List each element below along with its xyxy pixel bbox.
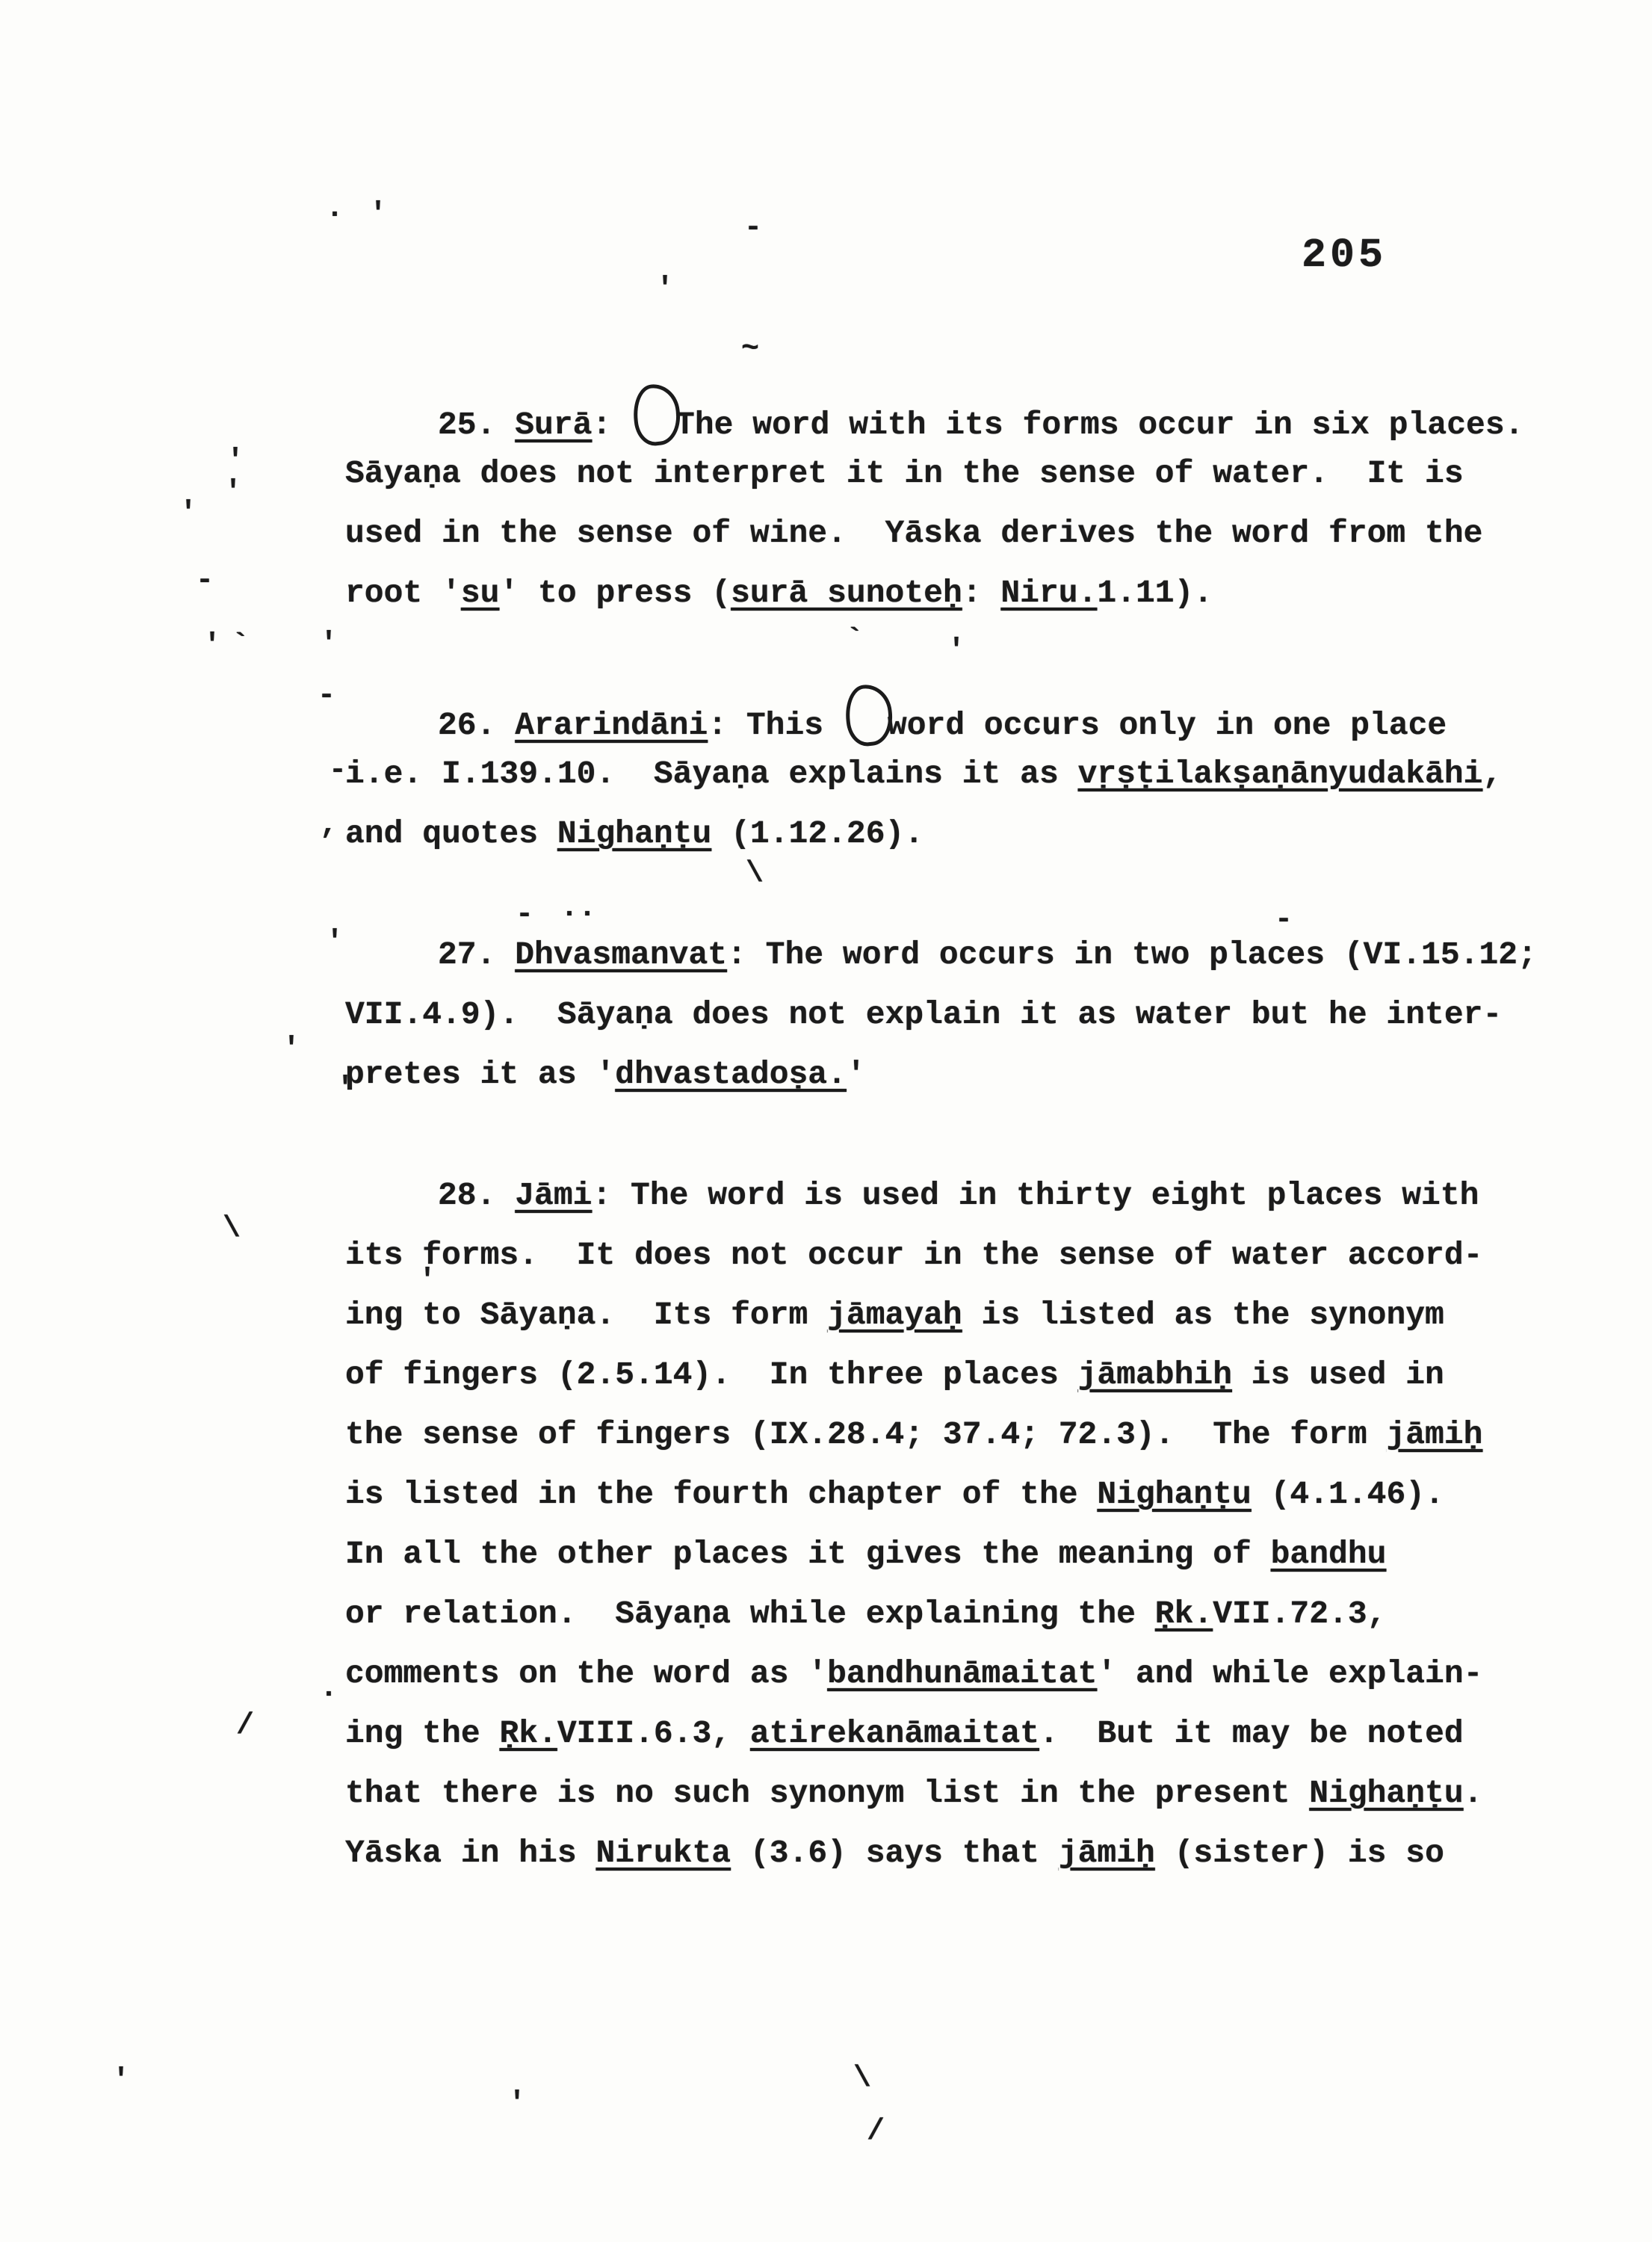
underlined-term: vṛṣṭilakṣaṇānyudakāhi bbox=[1078, 756, 1483, 792]
stray-ink-mark: ' bbox=[282, 1035, 300, 1065]
text-segment: VII.72.3, bbox=[1213, 1596, 1386, 1632]
underlined-term: jāmiḥ bbox=[1059, 1835, 1155, 1871]
text-line: is listed in the fourth chapter of the N… bbox=[345, 1465, 1537, 1525]
text-line: 25. Surā: The word with its forms occur … bbox=[345, 384, 1537, 444]
text-segment: 27. bbox=[438, 936, 515, 973]
text-segment: : The word occurs in two places (VI.15.1… bbox=[727, 936, 1537, 973]
text-segment: 1.11). bbox=[1097, 575, 1213, 611]
text-segment: its forms. It does not occur in the sens… bbox=[345, 1237, 1482, 1273]
stray-ink-mark: ` bbox=[846, 626, 864, 656]
page-number: 205 bbox=[1302, 232, 1387, 279]
stray-ink-mark: \ bbox=[223, 1214, 241, 1244]
text-segment: 25. bbox=[438, 407, 515, 443]
text-segment: (4.1.46). bbox=[1252, 1476, 1444, 1513]
text-segment: (3.6) says that bbox=[731, 1835, 1059, 1871]
text-segment: (1.12.26). bbox=[711, 815, 924, 852]
paragraph-26: 26. Ararindāni: This word occurs only in… bbox=[345, 685, 1537, 864]
text-segment: or relation. Sāyaṇa while explaining the bbox=[345, 1596, 1155, 1632]
stray-ink-mark: ' bbox=[336, 1075, 354, 1105]
text-segment: is listed in the fourth chapter of the bbox=[345, 1476, 1097, 1513]
text-line: its forms. It does not occur in the sens… bbox=[345, 1226, 1537, 1285]
stray-ink-mark: ~ bbox=[741, 335, 759, 365]
underlined-term: Jāmi bbox=[515, 1177, 592, 1214]
underlined-term: Dhvasmanvat bbox=[515, 936, 727, 973]
paragraph-27: 27. Dhvasmanvat: The word occurs in two … bbox=[345, 925, 1537, 1105]
text-segment: Sāyaṇa does not interpret it in the sens… bbox=[345, 455, 1464, 492]
text-line: 28. Jāmi: The word is used in thirty eig… bbox=[345, 1166, 1537, 1226]
text-line: or relation. Sāyaṇa while explaining the… bbox=[345, 1584, 1537, 1644]
text-line: the sense of fingers (IX.28.4; 37.4; 72.… bbox=[345, 1405, 1537, 1465]
underlined-term: bandhu bbox=[1271, 1536, 1387, 1572]
text-line: used in the sense of wine. Yāska derives… bbox=[345, 504, 1537, 563]
stray-ink-mark: - bbox=[318, 682, 335, 711]
text-segment: , bbox=[1482, 756, 1502, 792]
text-line: VII.4.9). Sāyaṇa does not explain it as … bbox=[345, 985, 1537, 1045]
stray-ink-mark: - bbox=[516, 901, 533, 930]
stray-ink-mark: ' bbox=[224, 478, 242, 508]
underlined-term: atirekanāmaitat bbox=[750, 1715, 1039, 1752]
text-line: root 'su' to press (surā sunoteḥ: Niru.1… bbox=[345, 563, 1537, 623]
stray-ink-mark: · bbox=[320, 1680, 338, 1710]
text-line: and quotes Nighaṇṭu (1.12.26). bbox=[345, 804, 1537, 864]
text-segment: i.e. I.139.10. Sāyaṇa explains it as bbox=[345, 756, 1078, 792]
text-line: pretes it as 'dhvastadoṣa.' bbox=[345, 1045, 1537, 1105]
text-line: Yāska in his Nirukta (3.6) says that jām… bbox=[345, 1823, 1537, 1883]
underlined-term: Nighaṇṭu bbox=[1309, 1775, 1463, 1812]
text-segment: used in the sense of wine. Yāska derives… bbox=[345, 515, 1482, 552]
text-segment: comments on the word as ' bbox=[345, 1655, 827, 1692]
text-segment: The word with its forms occur in six pla… bbox=[675, 407, 1523, 443]
stray-ink-mark: ' bbox=[320, 630, 338, 660]
paragraph-28: 28. Jāmi: The word is used in thirty eig… bbox=[345, 1166, 1537, 1883]
text-segment: VII.4.9). Sāyaṇa does not explain it as … bbox=[345, 996, 1502, 1033]
paragraph-25: 25. Surā: The word with its forms occur … bbox=[345, 384, 1537, 623]
text-line: 27. Dhvasmanvat: The word occurs in two … bbox=[345, 925, 1537, 985]
text-line: i.e. I.139.10. Sāyaṇa explains it as vṛṣ… bbox=[345, 744, 1537, 804]
stray-ink-mark: ' bbox=[508, 2090, 526, 2119]
underlined-term: jāmiḥ bbox=[1386, 1416, 1482, 1453]
text-segment: the sense of fingers (IX.28.4; 37.4; 72.… bbox=[345, 1416, 1386, 1453]
text-segment: ' and while explain- bbox=[1097, 1655, 1482, 1692]
text-line: ing to Sāyaṇa. Its form jāmayaḥ is liste… bbox=[345, 1285, 1537, 1345]
underlined-term: Niru. bbox=[1000, 575, 1097, 611]
text-segment: that there is no such synonym list in th… bbox=[345, 1775, 1309, 1812]
text-segment: pretes it as ' bbox=[345, 1056, 615, 1093]
underlined-term: dhvastadoṣa. bbox=[615, 1056, 847, 1093]
underlined-term: Nighaṇṭu bbox=[1097, 1476, 1251, 1513]
stray-ink-mark: ' bbox=[656, 275, 674, 305]
text-segment: : bbox=[592, 407, 631, 443]
stray-ink-mark: \ bbox=[853, 2064, 871, 2094]
stray-ink-mark: ' bbox=[947, 637, 965, 667]
document-page: 205 25. Surā: The word with its forms oc… bbox=[0, 0, 1652, 2242]
stray-ink-mark: / bbox=[867, 2117, 885, 2147]
underlined-term: bandhunāmaitat bbox=[827, 1655, 1097, 1692]
text-segment: root ' bbox=[345, 575, 461, 611]
underlined-term: Surā bbox=[515, 407, 592, 443]
underlined-term: Ararindāni bbox=[515, 707, 708, 744]
stray-ink-mark: - bbox=[196, 566, 214, 596]
stray-ink-mark: ' bbox=[203, 631, 221, 661]
text-segment: . bbox=[1464, 1775, 1483, 1812]
stray-ink-mark: ' bbox=[418, 1267, 436, 1297]
text-line: that there is no such synonym list in th… bbox=[345, 1764, 1537, 1823]
text-segment: ing to Sāyaṇa. Its form bbox=[345, 1297, 827, 1333]
stray-ink-mark: - bbox=[744, 214, 762, 244]
text-line: ing the Ṛk.VIII.6.3, atirekanāmaitat. Bu… bbox=[345, 1704, 1537, 1764]
stray-ink-mark: / bbox=[236, 1711, 254, 1741]
stray-ink-mark: ' bbox=[326, 928, 344, 958]
underlined-term: su bbox=[461, 575, 500, 611]
text-line: Sāyaṇa does not interpret it in the sens… bbox=[345, 444, 1537, 504]
text-segment: 28. bbox=[438, 1177, 515, 1214]
underlined-term: Nirukta bbox=[595, 1835, 731, 1871]
text-segment: VIII.6.3, bbox=[557, 1715, 750, 1752]
text-segment: word occurs only in one place bbox=[888, 707, 1447, 744]
text-segment: ing the bbox=[345, 1715, 499, 1752]
stray-ink-mark: \ bbox=[746, 859, 764, 889]
text-segment: is listed as the synonym bbox=[962, 1297, 1444, 1333]
text-segment: In all the other places it gives the mea… bbox=[345, 1536, 1271, 1572]
stray-ink-mark: - bbox=[1275, 906, 1293, 936]
stray-ink-mark: ' bbox=[369, 200, 387, 230]
stray-ink-mark: ' bbox=[226, 447, 244, 477]
underlined-term: Ṛk. bbox=[499, 1715, 557, 1752]
text-segment: : bbox=[962, 575, 1001, 611]
stray-ink-mark: - bbox=[329, 756, 347, 786]
text-segment: : The word is used in thirty eight place… bbox=[592, 1177, 1479, 1214]
underlined-term: Nighaṇṭu bbox=[557, 815, 711, 852]
stray-ink-mark: , bbox=[320, 811, 338, 841]
underlined-term: jāmayaḥ bbox=[827, 1297, 962, 1333]
underlined-term: surā sunoteḥ bbox=[731, 575, 962, 611]
text-segment: is used in bbox=[1232, 1356, 1444, 1393]
text-segment: 26. bbox=[438, 707, 515, 744]
text-line: In all the other places it gives the mea… bbox=[345, 1525, 1537, 1584]
text-segment: of fingers (2.5.14). In three places bbox=[345, 1356, 1078, 1393]
text-line: of fingers (2.5.14). In three places jām… bbox=[345, 1345, 1537, 1405]
underlined-term: jāmabhiḥ bbox=[1078, 1356, 1232, 1393]
text-segment: ' bbox=[847, 1056, 866, 1093]
stray-ink-mark: · bbox=[326, 200, 344, 230]
stray-ink-mark: ` bbox=[232, 631, 250, 661]
text-line: 26. Ararindāni: This word occurs only in… bbox=[345, 685, 1537, 744]
stray-ink-mark: ' bbox=[112, 2066, 130, 2096]
stray-ink-mark: .. bbox=[560, 894, 596, 924]
text-segment: and quotes bbox=[345, 815, 557, 852]
underlined-term: Ṛk. bbox=[1155, 1596, 1213, 1632]
text-segment: : This bbox=[708, 707, 843, 744]
text-segment: ' to press ( bbox=[499, 575, 731, 611]
text-segment: Yāska in his bbox=[345, 1835, 595, 1871]
text-line: comments on the word as 'bandhunāmaitat'… bbox=[345, 1644, 1537, 1704]
text-segment: (sister) is so bbox=[1155, 1835, 1444, 1871]
body-text-block: 25. Surā: The word with its forms occur … bbox=[345, 384, 1537, 1883]
text-segment: . But it may be noted bbox=[1039, 1715, 1464, 1752]
stray-ink-mark: ' bbox=[179, 499, 197, 529]
